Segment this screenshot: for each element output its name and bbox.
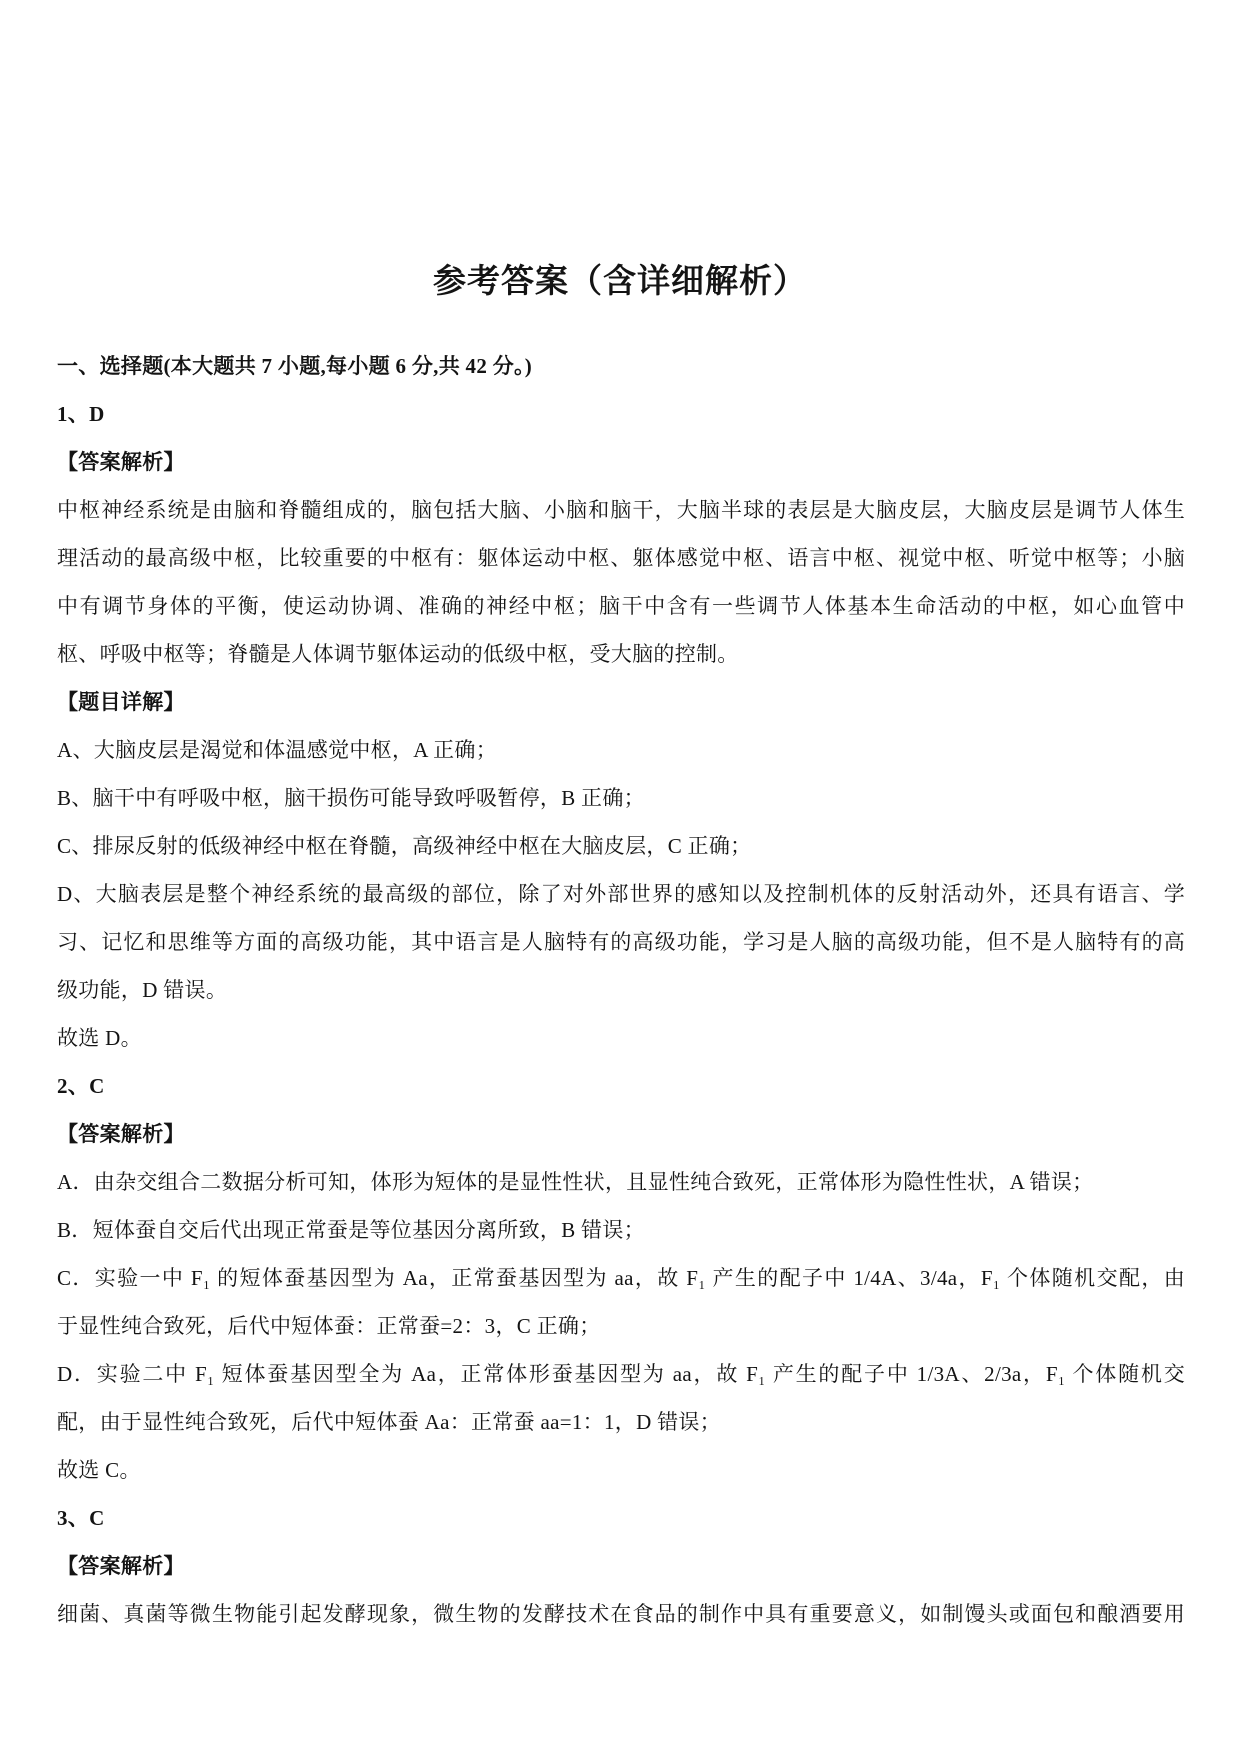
text-line: 细菌、真菌等微生物能引起发酵现象，微生物的发酵技术在食品的制作中具有重要意义，如… bbox=[57, 1590, 1185, 1638]
text-line: 故选 D。 bbox=[57, 1014, 1185, 1062]
document-body: 一、选择题(本大题共 7 小题,每小题 6 分,共 42 分。)1、D【答案解析… bbox=[57, 342, 1185, 1638]
document-page: 参考答案（含详细解析） 一、选择题(本大题共 7 小题,每小题 6 分,共 42… bbox=[0, 0, 1240, 1754]
text-line: B、脑干中有呼吸中枢，脑干损伤可能导致呼吸暂停，B 正确； bbox=[57, 774, 1185, 822]
text-line: 3、C bbox=[57, 1494, 1185, 1542]
text-line: 中有调节身体的平衡，使运动协调、准确的神经中枢；脑干中含有一些调节人体基本生命活… bbox=[57, 582, 1185, 630]
text-line: 配，由于显性纯合致死，后代中短体蚕 Aa：正常蚕 aa=1：1，D 错误； bbox=[57, 1398, 1185, 1446]
text-line: C．实验一中 F₁ 的短体蚕基因型为 Aa，正常蚕基因型为 aa，故 F₁ 产生… bbox=[57, 1254, 1185, 1302]
text-line: A、大脑皮层是渴觉和体温感觉中枢，A 正确； bbox=[57, 726, 1185, 774]
text-line: 2、C bbox=[57, 1062, 1185, 1110]
text-line: C、排尿反射的低级神经中枢在脊髓，高级神经中枢在大脑皮层，C 正确； bbox=[57, 822, 1185, 870]
text-line: 【答案解析】 bbox=[57, 1110, 1185, 1158]
text-line: 1、D bbox=[57, 390, 1185, 438]
text-line: 习、记忆和思维等方面的高级功能，其中语言是人脑特有的高级功能，学习是人脑的高级功… bbox=[57, 918, 1185, 966]
text-line: 一、选择题(本大题共 7 小题,每小题 6 分,共 42 分。) bbox=[57, 342, 1185, 390]
page-title: 参考答案（含详细解析） bbox=[0, 255, 1240, 302]
text-line: 【答案解析】 bbox=[57, 438, 1185, 486]
text-line: B．短体蚕自交后代出现正常蚕是等位基因分离所致，B 错误； bbox=[57, 1206, 1185, 1254]
text-line: A．由杂交组合二数据分析可知，体形为短体的是显性性状，且显性纯合致死，正常体形为… bbox=[57, 1158, 1185, 1206]
text-line: 级功能，D 错误。 bbox=[57, 966, 1185, 1014]
text-line: D、大脑表层是整个神经系统的最高级的部位，除了对外部世界的感知以及控制机体的反射… bbox=[57, 870, 1185, 918]
text-line: 中枢神经系统是由脑和脊髓组成的，脑包括大脑、小脑和脑干，大脑半球的表层是大脑皮层… bbox=[57, 486, 1185, 534]
text-line: D．实验二中 F₁ 短体蚕基因型全为 Aa，正常体形蚕基因型为 aa，故 F₁ … bbox=[57, 1350, 1185, 1398]
text-line: 于显性纯合致死，后代中短体蚕：正常蚕=2：3，C 正确； bbox=[57, 1302, 1185, 1350]
text-line: 【题目详解】 bbox=[57, 678, 1185, 726]
text-line: 故选 C。 bbox=[57, 1446, 1185, 1494]
text-line: 【答案解析】 bbox=[57, 1542, 1185, 1590]
text-line: 理活动的最高级中枢，比较重要的中枢有：躯体运动中枢、躯体感觉中枢、语言中枢、视觉… bbox=[57, 534, 1185, 582]
text-line: 枢、呼吸中枢等；脊髓是人体调节躯体运动的低级中枢，受大脑的控制。 bbox=[57, 630, 1185, 678]
